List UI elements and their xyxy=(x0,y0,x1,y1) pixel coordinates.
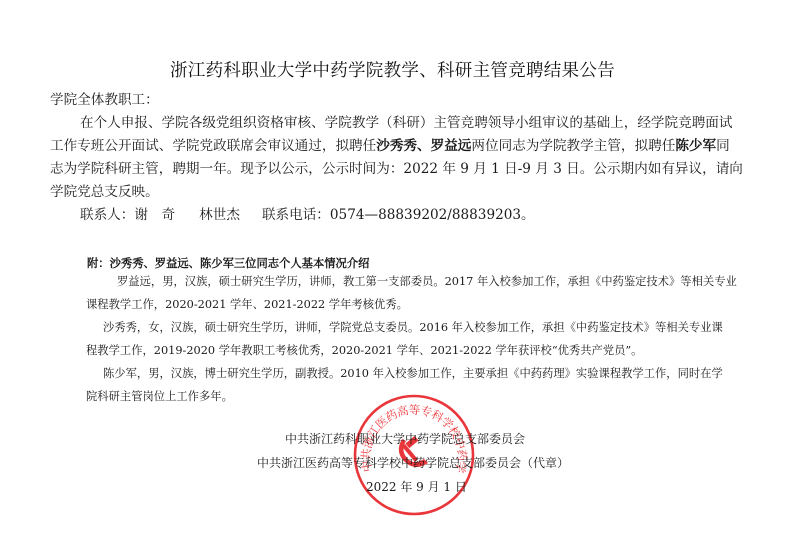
body-line-3: 志为学院科研主管，聘期一年。现予以公示，公示时间为：2022 年 9 月 1 日… xyxy=(50,157,743,181)
attachment-line: 沙秀秀，女，汉族，硕士研究生学历，讲师，学院党总支委员。2016 年入校参加工作… xyxy=(103,318,723,338)
contact-person-1: 谢 奇 xyxy=(134,207,175,223)
teaching-appointees: 沙秀秀、罗益远 xyxy=(376,138,471,154)
attachment-line: 罗益远，男，汉族，硕士研究生学历，讲师，教工第一支部委员。2017 年入校参加工… xyxy=(117,272,737,292)
contact-line: 联系人：谢 奇林世杰联系电话：0574—88839202/88839203。 xyxy=(80,203,535,227)
body-text: 两位同志为学院教学主管，拟聘任 xyxy=(471,138,675,154)
attachment-line: 程教学工作，2019-2020 学年教职工考核优秀，2020-2021 学年、2… xyxy=(86,341,642,361)
attachment-line: 陈少军，男，汉族，博士研究生学历，副教授。2010 年入校参加工作，主要承担《中… xyxy=(103,364,723,384)
attachment-title: 附：沙秀秀、罗益远、陈少军三位同志个人基本情况介绍 xyxy=(87,253,369,273)
phone-label: 联系电话： xyxy=(262,207,330,223)
signature-org-2: 中共浙江医药高等专科学校中药学院总支部委员会（代章） xyxy=(257,453,569,473)
body-line-1: 在个人申报、学院各级党组织资格审核、学院教学（科研）主管竞聘领导小组审议的基础上… xyxy=(80,111,733,135)
attachment-line: 院科研主管岗位上工作多年。 xyxy=(86,387,233,407)
salutation: 学院全体教职工： xyxy=(50,88,159,112)
signature-date: 2022 年 9 月 1 日 xyxy=(366,477,467,497)
attachment-line: 课程教学工作，2020-2021 学年、2021-2022 学年考核优秀。 xyxy=(86,295,408,315)
body-text: 工作专班公开面试、学院党政联席会审议通过，拟聘任 xyxy=(50,138,376,154)
research-appointee: 陈少军 xyxy=(675,138,716,154)
body-line-4: 学院党总支反映。 xyxy=(50,180,159,204)
body-line-2: 工作专班公开面试、学院党政联席会审议通过，拟聘任沙秀秀、罗益远两位同志为学院教学… xyxy=(50,134,730,158)
document-title: 浙江药科职业大学中药学院教学、科研主管竞聘结果公告 xyxy=(0,57,785,82)
contact-person-2: 林世杰 xyxy=(199,207,240,223)
body-text: 同 xyxy=(716,138,730,154)
contact-label: 联系人： xyxy=(80,207,134,223)
signature-org-1: 中共浙江药科职业大学中药学院总支部委员会 xyxy=(285,429,525,449)
phone-number: 0574—88839202/88839203。 xyxy=(330,207,535,223)
